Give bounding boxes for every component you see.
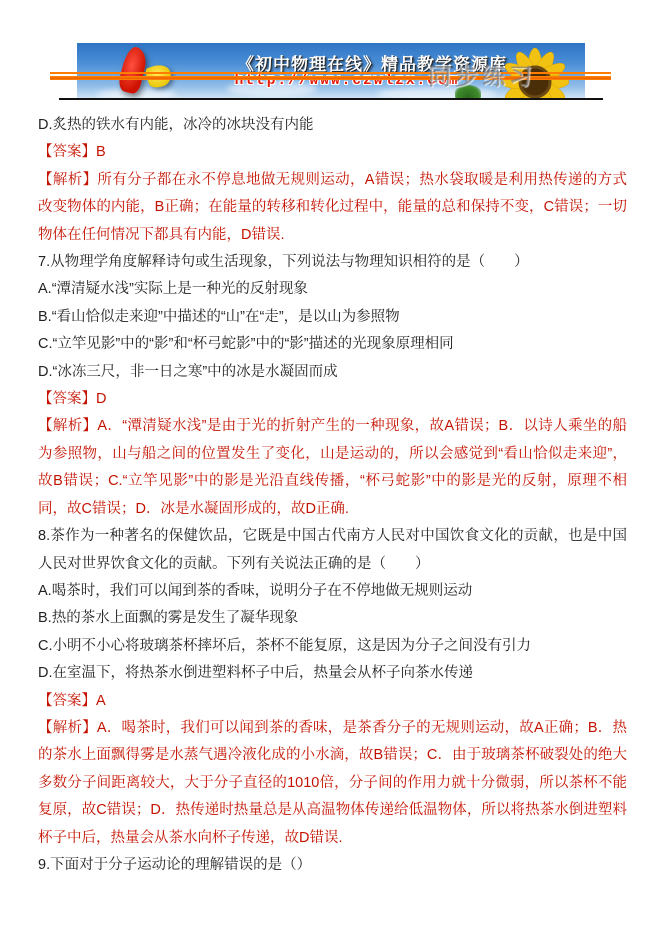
question-8-answer: 【答案】A bbox=[38, 688, 627, 715]
question-8-stem: 8.茶作为一种著名的保健饮品，它既是中国古代南方人民对中国饮食文化的贡献，也是中… bbox=[38, 523, 627, 578]
question-7-option-c: C.“立竿见影”中的“影”和“杯弓蛇影”中的“影”描述的光现象原理相同 bbox=[38, 331, 627, 358]
question-7-analysis: 【解析】A．“潭清疑水浅”是由于光的折射产生的一种现象，故A错误；B．以诗人乘坐… bbox=[38, 413, 627, 523]
document-body: D.炙热的铁水有内能，冰冷的冰块没有内能【答案】B【解析】所有分子都在永不停息地… bbox=[38, 112, 627, 879]
header-divider bbox=[59, 98, 603, 100]
question-7-stem: 7.从物理学角度解释诗句或生活现象，下列说法与物理知识相符的是（ ） bbox=[38, 249, 627, 276]
question-6-option-d: D.炙热的铁水有内能，冰冷的冰块没有内能 bbox=[38, 112, 627, 139]
question-7-answer: 【答案】D bbox=[38, 386, 627, 413]
question-8-option-d: D.在室温下，将热茶水倒进塑料杯子中后，热量会从杯子向茶水传递 bbox=[38, 660, 627, 687]
exam-document-page: 《初中物理在线》精品教学资源库 http://www.czwlzx.com bbox=[0, 0, 661, 935]
site-logo-icon bbox=[117, 45, 149, 95]
question-9-stem: 9.下面对于分子运动论的理解错误的是（） bbox=[38, 852, 627, 879]
question-8-option-c: C.小明不小心将玻璃茶杯摔坏后，茶杯不能复原，这是因为分子之间没有引力 bbox=[38, 633, 627, 660]
question-6-answer: 【答案】B bbox=[38, 139, 627, 166]
question-7-option-a: A.“潭清疑水浅”实际上是一种光的反射现象 bbox=[38, 276, 627, 303]
question-8-analysis: 【解析】A．喝茶时，我们可以闻到茶的香味，是茶香分子的无规则运动，故A正确；B．… bbox=[38, 715, 627, 852]
watermark-text: 同步练习 bbox=[428, 58, 536, 91]
question-8-option-a: A.喝茶时，我们可以闻到茶的香味，说明分子在不停地做无规则运动 bbox=[38, 578, 627, 605]
question-7-option-b: B.“看山恰似走来迎”中描述的“山”在“走”，是以山为参照物 bbox=[38, 304, 627, 331]
question-8-option-b: B.热的茶水上面飘的雾是发生了凝华现象 bbox=[38, 605, 627, 632]
question-6-analysis: 【解析】所有分子都在永不停息地做无规则运动，A错误；热水袋取暖是利用热传递的方式… bbox=[38, 167, 627, 249]
question-7-option-d: D.“冰冻三尺，非一日之寒”中的冰是水凝固而成 bbox=[38, 359, 627, 386]
